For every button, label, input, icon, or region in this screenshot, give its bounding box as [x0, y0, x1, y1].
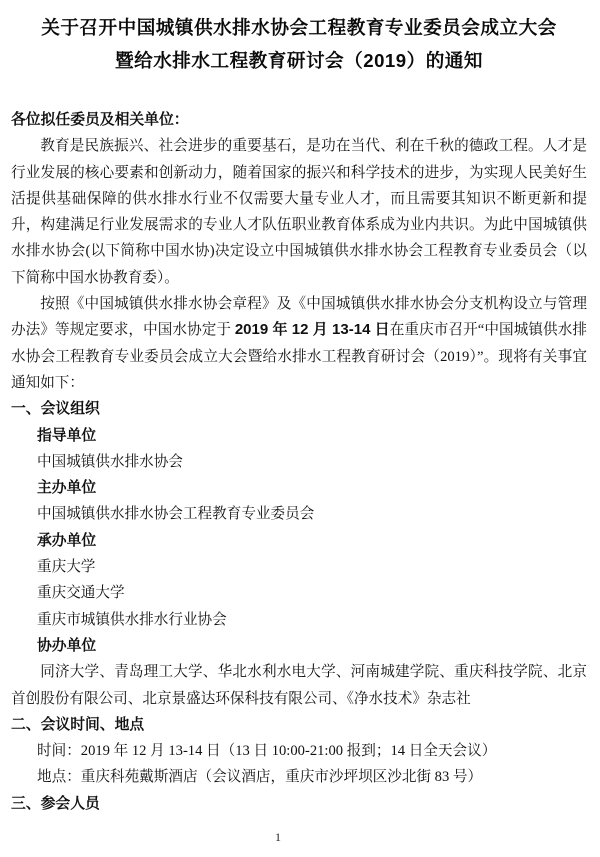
guidance-unit-value: 中国城镇供水排水协会 [11, 449, 587, 475]
notice-title-line1: 关于召开中国城镇供水排水协会工程教育专业委员会成立大会 [11, 11, 587, 44]
meeting-date-bold: 2019 年 12 月 13-14 日 [235, 321, 390, 338]
undertaker-unit-value-2: 重庆交通大学 [11, 580, 587, 606]
section-heading-participants: 三、参会人员 [11, 791, 587, 817]
basis-paragraph: 按照《中国城镇供水排水协会章程》及《中国城镇供水排水协会分支机构设立与管理办法》… [11, 291, 587, 396]
undertaker-unit-label: 承办单位 [11, 528, 587, 554]
notice-body: 各位拟任委员及相关单位： 教育是民族振兴、社会进步的重要基石，是功在当代、利在千… [11, 107, 587, 817]
section-heading-organization: 一、会议组织 [11, 396, 587, 422]
co-organizer-units: 同济大学、青岛理工大学、华北水利水电大学、河南城建学院、重庆科技学院、北京首创股… [11, 659, 587, 712]
host-unit-label: 主办单位 [11, 475, 587, 501]
guidance-unit-label: 指导单位 [11, 423, 587, 449]
notice-title: 关于召开中国城镇供水排水协会工程教育专业委员会成立大会 暨给水排水工程教育研讨会… [11, 11, 587, 77]
host-unit-value: 中国城镇供水排水协会工程教育专业委员会 [11, 501, 587, 527]
meeting-time-line: 时间：2019 年 12 月 13-14 日（13 日 10:00-21:00 … [11, 738, 587, 764]
undertaker-unit-value-3: 重庆市城镇供水排水行业协会 [11, 607, 587, 633]
intro-paragraph: 教育是民族振兴、社会进步的重要基石，是功在当代、利在千秋的德政工程。人才是行业发… [11, 133, 587, 291]
meeting-place-line: 地点：重庆科苑戴斯酒店（会议酒店，重庆市沙坪坝区沙北街 83 号） [11, 764, 587, 790]
section-heading-time-place: 二、会议时间、地点 [11, 712, 587, 738]
co-organizer-unit-label: 协办单位 [11, 633, 587, 659]
notice-title-line2: 暨给水排水工程教育研讨会（2019）的通知 [11, 44, 587, 77]
document-page: 关于召开中国城镇供水排水协会工程教育专业委员会成立大会 暨给水排水工程教育研讨会… [0, 0, 600, 857]
salutation: 各位拟任委员及相关单位： [11, 107, 587, 133]
page-number: 1 [0, 830, 556, 844]
undertaker-unit-value-1: 重庆大学 [11, 554, 587, 580]
